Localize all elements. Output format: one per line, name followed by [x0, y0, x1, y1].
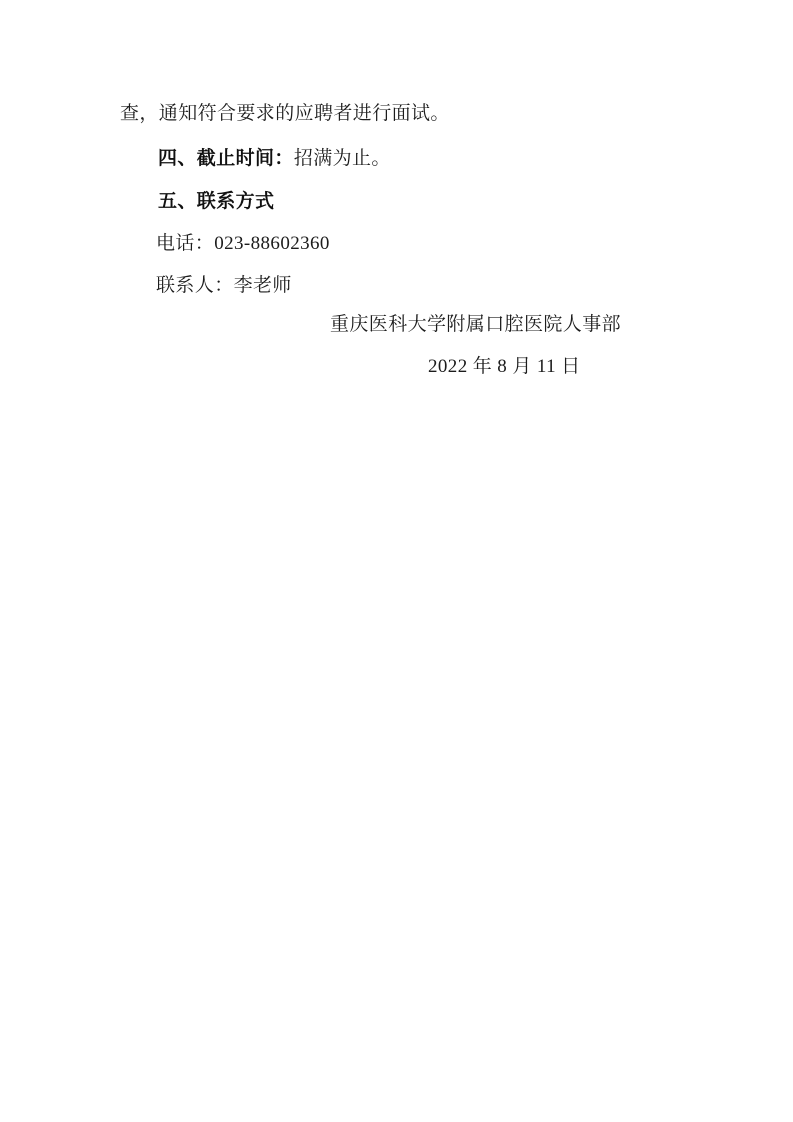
contact-person-name: 李老师 — [234, 275, 292, 296]
phone-number: 023-88602360 — [214, 233, 330, 254]
document-page: 查，通知符合要求的应聘者进行面试。 四、截止时间：招满为止。 五、联系方式 电话… — [0, 0, 793, 1122]
section-deadline-value: 招满为止。 — [294, 148, 391, 169]
phone-line: 电话：023-88602360 — [156, 231, 330, 257]
paragraph-continuation-text: 查，通知符合要求的应聘者进行面试。 — [120, 101, 450, 127]
signature-date: 2022 年 8 月 11 日 — [428, 354, 581, 380]
contact-person-label: 联系人： — [156, 275, 234, 296]
signature-organization: 重庆医科大学附属口腔医院人事部 — [330, 312, 621, 338]
phone-label: 电话： — [156, 233, 214, 254]
section-deadline-heading: 四、截止时间： — [158, 148, 294, 169]
section-contact-heading: 五、联系方式 — [158, 189, 274, 215]
section-deadline-line: 四、截止时间：招满为止。 — [158, 146, 391, 172]
contact-person-line: 联系人：李老师 — [156, 273, 292, 299]
